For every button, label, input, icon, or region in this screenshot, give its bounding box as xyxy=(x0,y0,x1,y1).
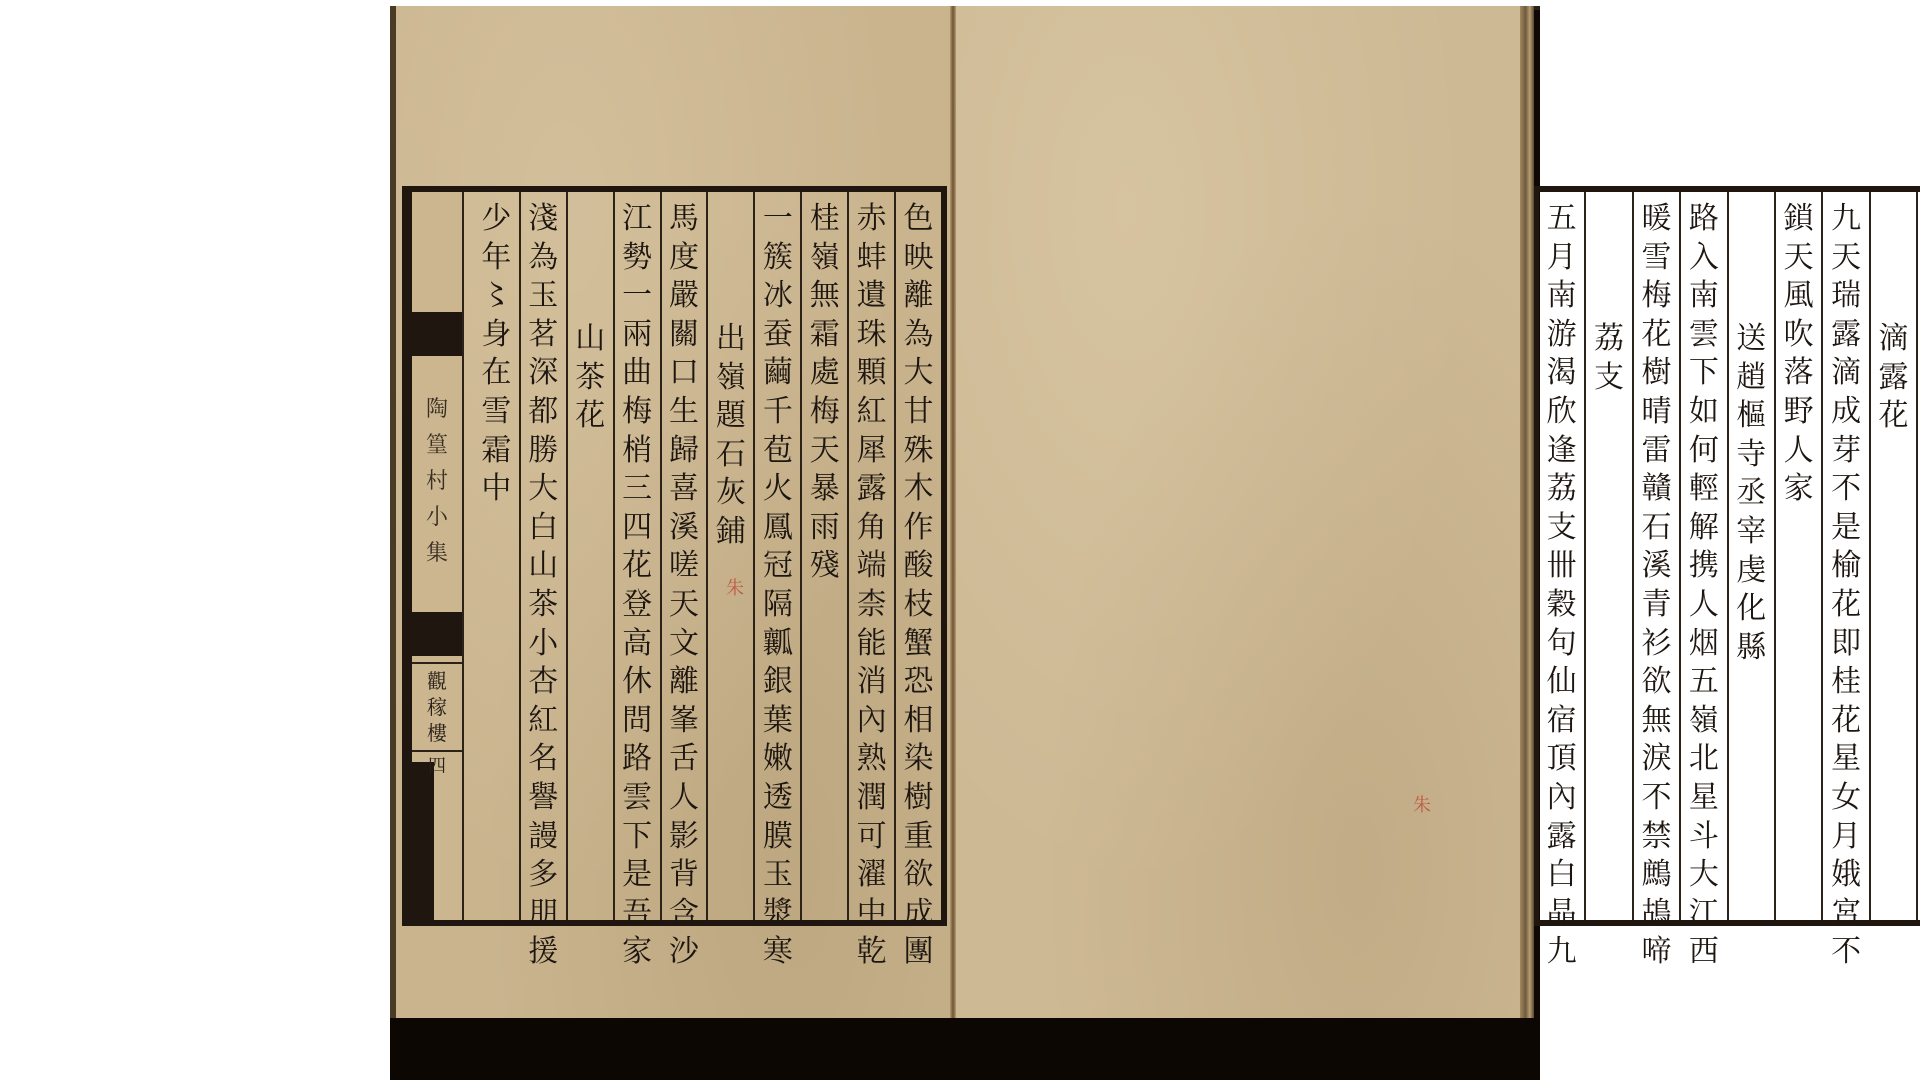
character: 九 xyxy=(1823,200,1868,239)
character: 溪 xyxy=(662,509,707,548)
character: 北 xyxy=(1681,740,1726,779)
character: 膜 xyxy=(755,818,800,857)
character: 九 xyxy=(1539,933,1584,972)
character: 携 xyxy=(1681,547,1726,586)
character: 隔 xyxy=(755,586,800,625)
character: 紅 xyxy=(521,702,566,741)
character: 人 xyxy=(1776,432,1821,471)
character: 木 xyxy=(896,470,941,509)
character: 大 xyxy=(521,470,566,509)
character: 作 xyxy=(896,509,941,548)
character: 多 xyxy=(521,856,566,895)
character: 離 xyxy=(662,663,707,702)
character: 是 xyxy=(1823,509,1868,548)
character: 勝 xyxy=(521,432,566,471)
character: 逢 xyxy=(1539,432,1584,471)
character: 霜 xyxy=(802,316,847,355)
character: 高 xyxy=(615,625,660,664)
character: 梅 xyxy=(615,393,660,432)
character: 樹 xyxy=(1634,354,1679,393)
character: 乾 xyxy=(849,933,894,972)
character: 是 xyxy=(615,856,660,895)
character: 熟 xyxy=(849,740,894,779)
character: 滴 xyxy=(1823,354,1868,393)
character: 雪 xyxy=(474,393,519,432)
left-margin-hall-name: 觀 稼 樓 xyxy=(412,662,462,752)
character: 風 xyxy=(1776,277,1821,316)
margin-black-bar xyxy=(412,762,434,922)
red-seal-mark: 朱 xyxy=(1413,791,1431,817)
fishtail-bottom-ornament xyxy=(412,612,462,656)
character: 寺 xyxy=(1729,436,1774,475)
character: 娥 xyxy=(1823,856,1868,895)
character: 染 xyxy=(896,740,941,779)
character: 南 xyxy=(1681,277,1726,316)
poem-title-column: 荔支 xyxy=(1584,192,1631,920)
character: 斗 xyxy=(1681,818,1726,857)
character: 寒 xyxy=(755,933,800,972)
character: 馬 xyxy=(662,200,707,239)
text-column: 少年〻身在雪霜中 xyxy=(474,192,519,920)
character: 都 xyxy=(521,393,566,432)
character: 相 xyxy=(896,702,941,741)
character: 欲 xyxy=(896,856,941,895)
character: 白 xyxy=(521,509,566,548)
character: 濯 xyxy=(849,856,894,895)
character: 不 xyxy=(1634,779,1679,818)
character: 蚌 xyxy=(849,239,894,278)
character: 蟹 xyxy=(896,625,941,664)
character: 消 xyxy=(849,663,894,702)
character: 鳳 xyxy=(755,509,800,548)
character: 登 xyxy=(615,586,660,625)
character: 茶 xyxy=(568,359,613,398)
character: 冰 xyxy=(755,277,800,316)
character: 玉 xyxy=(755,856,800,895)
character: 梢 xyxy=(615,432,660,471)
character: 支 xyxy=(1539,509,1584,548)
left-page-margin-column: 陶 篁 村 小 集 觀 稼 樓 四 xyxy=(412,192,464,920)
character: 酸 xyxy=(896,547,941,586)
character: 人 xyxy=(1681,586,1726,625)
text-column: 五月南游渴欣逢荔支卌穀句仙宿頂內露白晶九 xyxy=(1539,192,1584,920)
character: 落 xyxy=(1776,354,1821,393)
character: 五 xyxy=(1539,200,1584,239)
character: 江 xyxy=(615,200,660,239)
character: 殊 xyxy=(896,432,941,471)
character: 露 xyxy=(1823,316,1868,355)
character: 宮 xyxy=(1823,895,1868,934)
character: 一 xyxy=(755,200,800,239)
character: 吹 xyxy=(1776,316,1821,355)
character: 月 xyxy=(1539,239,1584,278)
character: 團 xyxy=(896,933,941,972)
character: 家 xyxy=(1776,470,1821,509)
character: 小 xyxy=(521,625,566,664)
character: 沙 xyxy=(662,933,707,972)
character: 中 xyxy=(474,470,519,509)
character: 雲 xyxy=(615,779,660,818)
character: 卌 xyxy=(1539,547,1584,586)
character: 人 xyxy=(662,779,707,818)
character: 三 xyxy=(615,470,660,509)
character: 欲 xyxy=(1634,663,1679,702)
scan-background-band xyxy=(390,1018,1540,1080)
poem-title-column: 送趙樞寺丞宰虔化縣 xyxy=(1727,192,1774,920)
character: 星 xyxy=(1823,740,1868,779)
character: 花 xyxy=(1823,586,1868,625)
character: 恐 xyxy=(896,663,941,702)
character: 花 xyxy=(1871,397,1916,436)
character: 不 xyxy=(1823,470,1868,509)
page-number: 四 xyxy=(412,752,462,778)
right-page: 嶺北土寒無荔子人言形味似楊梅翠條卌寔休相學不顧紅塵一騎来滴露花九天瑞露滴成芽不是… xyxy=(953,6,1533,1018)
character: 赤 xyxy=(849,200,894,239)
character: 文 xyxy=(662,625,707,664)
character: 問 xyxy=(615,702,660,741)
character: 桂 xyxy=(802,200,847,239)
left-margin-book-title: 陶 篁 村 小 集 xyxy=(412,392,462,572)
character: 嫩 xyxy=(755,740,800,779)
character: 紅 xyxy=(849,393,894,432)
character: 蚕 xyxy=(755,316,800,355)
page-stack-edge xyxy=(1520,6,1534,1018)
character: 榆 xyxy=(1823,547,1868,586)
character: 江 xyxy=(1681,895,1726,934)
character: 中 xyxy=(849,895,894,934)
character: 離 xyxy=(896,277,941,316)
character: 關 xyxy=(662,316,707,355)
text-column: 鎖天風吹落野人家 xyxy=(1774,192,1821,920)
character: 天 xyxy=(1823,239,1868,278)
character: 名 xyxy=(521,740,566,779)
red-seal-mark: 朱 xyxy=(726,574,744,600)
character: 丞 xyxy=(1729,474,1774,513)
character: 葉 xyxy=(755,702,800,741)
character: 南 xyxy=(1539,277,1584,316)
character: 白 xyxy=(1539,856,1584,895)
character: 茶 xyxy=(521,586,566,625)
character: 休 xyxy=(615,663,660,702)
character: 鎖 xyxy=(1776,200,1821,239)
left-page: 陶 篁 村 小 集 觀 稼 樓 四 色映離為大甘殊木作酸枝蟹恐相染樹重欲成團赤蚌… xyxy=(390,6,959,1018)
text-column: 路入南雲下如何輕解携人烟五嶺北星斗大江西 xyxy=(1679,192,1726,920)
character: 身 xyxy=(474,316,519,355)
book-gutter xyxy=(950,6,956,1018)
character: 枝 xyxy=(896,586,941,625)
character: 虔 xyxy=(1729,552,1774,591)
character: 大 xyxy=(1681,856,1726,895)
character: 勢 xyxy=(615,239,660,278)
character: 鷓 xyxy=(1634,856,1679,895)
character: 雪 xyxy=(1634,239,1679,278)
character: 淚 xyxy=(1634,740,1679,779)
character: 衫 xyxy=(1634,625,1679,664)
text-column: 赤蚌遺珠顆紅犀露角端柰能消內熟潤可濯中乾 xyxy=(847,192,894,920)
character: 何 xyxy=(1681,432,1726,471)
character: 為 xyxy=(521,239,566,278)
character: 贛 xyxy=(1634,470,1679,509)
character: 嶺 xyxy=(802,239,847,278)
character: 天 xyxy=(1776,239,1821,278)
text-column: 學不顧紅塵一騎来 xyxy=(1916,192,1920,920)
character: 遺 xyxy=(849,277,894,316)
character: 大 xyxy=(896,354,941,393)
character: 曲 xyxy=(615,354,660,393)
character: 烟 xyxy=(1681,625,1726,664)
character: 滴 xyxy=(1871,320,1916,359)
character: 月 xyxy=(1823,818,1868,857)
character: 歸 xyxy=(662,432,707,471)
character: 路 xyxy=(615,740,660,779)
character: 化 xyxy=(1729,590,1774,629)
character: 晶 xyxy=(1539,895,1584,934)
character: 嶺 xyxy=(1681,702,1726,741)
character: 〻 xyxy=(474,277,519,316)
character: 瓤 xyxy=(755,625,800,664)
character: 色 xyxy=(896,200,941,239)
character: 不 xyxy=(1823,933,1868,972)
character: 含 xyxy=(662,895,707,934)
character: 少 xyxy=(474,200,519,239)
character: 年 xyxy=(474,239,519,278)
character: 瑞 xyxy=(1823,277,1868,316)
character: 穀 xyxy=(1539,586,1584,625)
character: 路 xyxy=(1681,200,1726,239)
character: 雲 xyxy=(1681,316,1726,355)
character: 深 xyxy=(521,354,566,393)
character: 銀 xyxy=(755,663,800,702)
poem-title-column: 出嶺題石灰鋪 xyxy=(706,192,753,920)
character: 暖 xyxy=(1634,200,1679,239)
character: 苞 xyxy=(755,432,800,471)
character: 溪 xyxy=(1634,547,1679,586)
fishtail-top-ornament xyxy=(412,312,462,356)
character: 青 xyxy=(1634,586,1679,625)
character: 喜 xyxy=(662,470,707,509)
character: 可 xyxy=(849,818,894,857)
character: 無 xyxy=(802,277,847,316)
character: 珠 xyxy=(849,316,894,355)
book-scan: 陶 篁 村 小 集 觀 稼 樓 四 色映離為大甘殊木作酸枝蟹恐相染樹重欲成團赤蚌… xyxy=(390,6,1540,1080)
right-page-columns: 嶺北土寒無荔子人言形味似楊梅翠條卌寔休相學不顧紅塵一騎来滴露花九天瑞露滴成芽不是… xyxy=(1539,192,1920,920)
character: 生 xyxy=(662,393,707,432)
character: 火 xyxy=(755,470,800,509)
character: 桂 xyxy=(1823,663,1868,702)
text-column: 暖雪梅花樹晴雷贛石溪青衫欲無淚不禁鷓鴣啼 xyxy=(1632,192,1679,920)
character: 殘 xyxy=(802,547,847,586)
character: 口 xyxy=(662,354,707,393)
character: 四 xyxy=(615,509,660,548)
character: 透 xyxy=(755,779,800,818)
character: 兩 xyxy=(615,316,660,355)
character: 題 xyxy=(708,397,753,436)
character: 梅 xyxy=(1634,277,1679,316)
text-column: 淺為玉茗深都勝大白山茶小杏紅名譽謾多朋援 xyxy=(519,192,566,920)
character: 甘 xyxy=(896,393,941,432)
character: 下 xyxy=(615,818,660,857)
character: 端 xyxy=(849,547,894,586)
character: 晴 xyxy=(1634,393,1679,432)
character: 柰 xyxy=(849,586,894,625)
character: 嗟 xyxy=(662,547,707,586)
character: 千 xyxy=(755,393,800,432)
character: 出 xyxy=(708,320,753,359)
character: 天 xyxy=(662,586,707,625)
character: 漿 xyxy=(755,895,800,934)
character: 嚴 xyxy=(662,277,707,316)
character: 游 xyxy=(1539,316,1584,355)
character: 顆 xyxy=(849,354,894,393)
character: 輕 xyxy=(1681,470,1726,509)
character: 雨 xyxy=(802,509,847,548)
character: 重 xyxy=(896,818,941,857)
character: 渴 xyxy=(1539,354,1584,393)
character: 宰 xyxy=(1729,513,1774,552)
character: 欣 xyxy=(1539,393,1584,432)
character: 句 xyxy=(1539,625,1584,664)
character: 西 xyxy=(1681,933,1726,972)
character: 影 xyxy=(662,818,707,857)
character: 支 xyxy=(1586,359,1631,398)
character: 家 xyxy=(615,933,660,972)
character: 星 xyxy=(1681,779,1726,818)
character: 茗 xyxy=(521,316,566,355)
character: 杏 xyxy=(521,663,566,702)
character: 成 xyxy=(1823,393,1868,432)
character: 成 xyxy=(896,895,941,934)
character: 解 xyxy=(1681,509,1726,548)
character: 如 xyxy=(1681,393,1726,432)
character: 禁 xyxy=(1634,818,1679,857)
character: 潤 xyxy=(849,779,894,818)
character: 鴣 xyxy=(1634,895,1679,934)
character: 背 xyxy=(662,856,707,895)
character: 花 xyxy=(1823,702,1868,741)
text-column: 一簇冰蚕繭千苞火鳳冠隔瓤銀葉嫩透膜玉漿寒 xyxy=(753,192,800,920)
character: 內 xyxy=(849,702,894,741)
character: 山 xyxy=(521,547,566,586)
right-page-frame: 嶺北土寒無荔子人言形味似楊梅翠條卌寔休相學不顧紅塵一騎来滴露花九天瑞露滴成芽不是… xyxy=(1533,186,1920,926)
character: 花 xyxy=(568,397,613,436)
character: 映 xyxy=(896,239,941,278)
left-page-frame: 陶 篁 村 小 集 觀 稼 樓 四 色映離為大甘殊木作酸枝蟹恐相染樹重欲成團赤蚌… xyxy=(402,186,947,926)
text-column: 九天瑞露滴成芽不是榆花即桂花星女月娥宮不 xyxy=(1821,192,1868,920)
text-column: 江勢一兩曲梅梢三四花登高休問路雲下是吾家 xyxy=(613,192,660,920)
character: 仙 xyxy=(1539,663,1584,702)
character: 石 xyxy=(1634,509,1679,548)
character: 繭 xyxy=(755,354,800,393)
poem-title-column: 滴露花 xyxy=(1869,192,1916,920)
character: 犀 xyxy=(849,432,894,471)
character: 冠 xyxy=(755,547,800,586)
character: 荔 xyxy=(1539,470,1584,509)
character: 能 xyxy=(849,625,894,664)
character: 簇 xyxy=(755,239,800,278)
character: 送 xyxy=(1729,320,1774,359)
character: 梅 xyxy=(802,393,847,432)
character: 角 xyxy=(849,509,894,548)
character: 花 xyxy=(615,547,660,586)
character: 五 xyxy=(1681,663,1726,702)
character: 無 xyxy=(1634,702,1679,741)
character: 舌 xyxy=(662,740,707,779)
character: 花 xyxy=(1634,316,1679,355)
character: 頂 xyxy=(1539,740,1584,779)
poem-title-column: 山茶花 xyxy=(566,192,613,920)
character: 淺 xyxy=(521,200,566,239)
character: 露 xyxy=(849,470,894,509)
character: 縣 xyxy=(1729,629,1774,668)
character: 霜 xyxy=(474,432,519,471)
text-column: 桂嶺無霜處梅天暴雨殘 xyxy=(800,192,847,920)
character: 啼 xyxy=(1634,933,1679,972)
character: 一 xyxy=(615,277,660,316)
character: 即 xyxy=(1823,625,1868,664)
character: 石 xyxy=(708,436,753,475)
character: 嶺 xyxy=(708,359,753,398)
character: 處 xyxy=(802,354,847,393)
character: 樞 xyxy=(1729,397,1774,436)
character: 女 xyxy=(1823,779,1868,818)
character: 鋪 xyxy=(708,513,753,552)
character: 玉 xyxy=(521,277,566,316)
character: 荔 xyxy=(1586,320,1631,359)
character: 芽 xyxy=(1823,432,1868,471)
character: 譽 xyxy=(521,779,566,818)
left-page-columns: 色映離為大甘殊木作酸枝蟹恐相染樹重欲成團赤蚌遺珠顆紅犀露角端柰能消內熟潤可濯中乾… xyxy=(474,192,941,920)
character: 灰 xyxy=(708,474,753,513)
character: 入 xyxy=(1681,239,1726,278)
character: 趙 xyxy=(1729,359,1774,398)
character: 露 xyxy=(1539,818,1584,857)
character: 度 xyxy=(662,239,707,278)
character: 援 xyxy=(521,933,566,972)
character: 宿 xyxy=(1539,702,1584,741)
character: 峯 xyxy=(662,702,707,741)
character: 朋 xyxy=(521,895,566,934)
character: 下 xyxy=(1681,354,1726,393)
text-column: 色映離為大甘殊木作酸枝蟹恐相染樹重欲成團 xyxy=(894,192,941,920)
character: 在 xyxy=(474,354,519,393)
text-column: 馬度嚴關口生歸喜溪嗟天文離峯舌人影背含沙 xyxy=(660,192,707,920)
character: 野 xyxy=(1776,393,1821,432)
character: 天 xyxy=(802,432,847,471)
character: 暴 xyxy=(802,470,847,509)
character: 內 xyxy=(1539,779,1584,818)
character: 為 xyxy=(896,316,941,355)
character: 謾 xyxy=(521,818,566,857)
character: 雷 xyxy=(1634,432,1679,471)
character: 露 xyxy=(1871,359,1916,398)
character: 吾 xyxy=(615,895,660,934)
character: 山 xyxy=(568,320,613,359)
character: 樹 xyxy=(896,779,941,818)
